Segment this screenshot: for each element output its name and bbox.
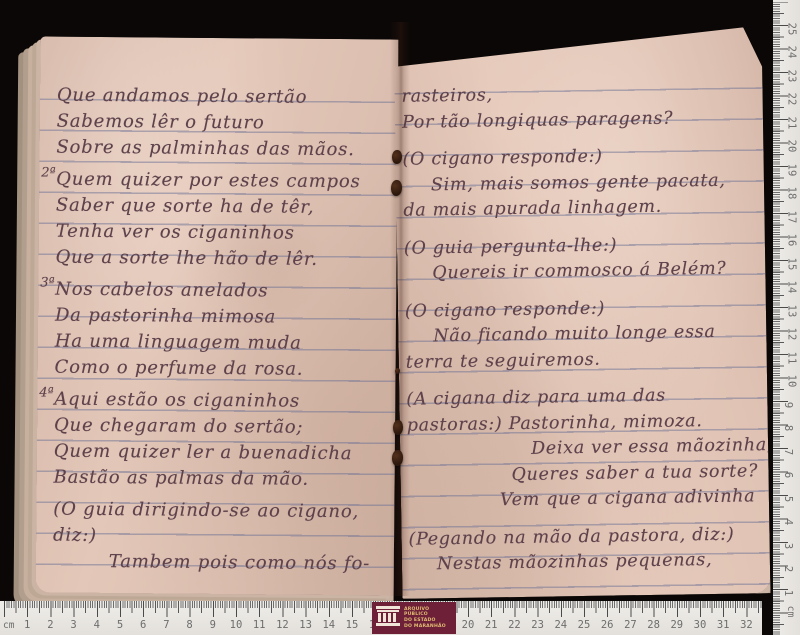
right-page: rasteiros,Por tão longiquas paragens?(O … (394, 27, 771, 599)
ruler-number: 30 (694, 619, 707, 631)
stanza-block: 4ªAqui estão os ciganinhosQue chegaram d… (53, 387, 371, 494)
stanza-block: (O guia dirigindo-se ao cigano,diz:)Tamb… (53, 497, 371, 578)
ruler-number: 6 (782, 472, 794, 478)
archive-logo-line: DO MARANHÃO (404, 624, 446, 630)
stanza-block: (O guia pergunta-lhe:)Quereis ir commosc… (404, 231, 771, 288)
archive-logo: ARQUIVOPÚBLICODO ESTADODO MARANHÃO (372, 602, 456, 634)
ruler-number: 11 (785, 351, 797, 364)
manuscript-line: Bastão as palmas da mão. (53, 465, 370, 494)
binding-stitch (393, 420, 403, 435)
manuscript-line: (O guia dirigindo-se ao cigano, (53, 497, 370, 526)
ruler-number: 1 (782, 589, 794, 595)
ruler-number: 25 (578, 619, 591, 631)
binding-stitch (392, 150, 402, 164)
notebook: Que andamos pelo sertãoSabemos lêr o fut… (8, 14, 768, 600)
manuscript-line: Quereis ir commosco á Belém? (404, 256, 770, 287)
ruler-number: 20 (462, 619, 475, 631)
manuscript-line: Por tão longiquas paragens? (402, 105, 768, 136)
left-page: Que andamos pelo sertãoSabemos lêr o fut… (36, 36, 399, 595)
stanza-block: (O cigano responde:)Sim, mais somos gent… (402, 142, 769, 224)
manuscript-line: Tambem pois como nós fo- (53, 549, 370, 578)
ruler-number: 21 (785, 116, 797, 129)
ruler-number: 31 (717, 619, 730, 631)
ruler-number: 10 (785, 375, 797, 388)
photo-canvas: Que andamos pelo sertãoSabemos lêr o fut… (0, 0, 800, 635)
ruler-number: 28 (647, 619, 660, 631)
ruler-number: 7 (782, 448, 794, 454)
ruler-number: 8 (186, 619, 192, 631)
stanza-marker: 4ª (39, 380, 54, 406)
ruler-number: 17 (785, 210, 797, 223)
manuscript-line: terra te seguiremos. (406, 345, 772, 376)
ruler-number: 7 (163, 619, 169, 631)
ruler-number: 26 (601, 619, 614, 631)
manuscript-line: Nos cabelos anelados (55, 277, 372, 306)
ruler-number: 15 (346, 619, 359, 631)
ruler-number: 10 (230, 619, 243, 631)
stanza-block: rasteiros,Por tão longiquas paragens? (401, 79, 768, 136)
manuscript-line: Aqui estão os ciganinhos (54, 387, 371, 416)
ruler-number: 32 (740, 619, 753, 631)
ruler-number: 27 (624, 619, 637, 631)
manuscript-line: Tenha ver os ciganinhos (56, 219, 373, 248)
stanza-block: (O cigano responde:)Não ficando muito lo… (405, 294, 772, 376)
ruler-number: 5 (117, 619, 123, 631)
archive-building-icon (375, 603, 401, 633)
ruler-number: 4 (94, 619, 100, 631)
archive-logo-text: ARQUIVOPÚBLICODO ESTADODO MARANHÃO (404, 607, 446, 629)
ruler-number: 20 (785, 140, 797, 153)
ruler-number: 8 (782, 425, 794, 431)
ruler-number: 15 (785, 257, 797, 270)
ruler-number: 12 (276, 619, 289, 631)
manuscript-line: Saber que sorte ha de têr, (56, 193, 373, 222)
stanza-marker: 2ª (41, 160, 56, 186)
ruler-number: 11 (253, 619, 266, 631)
ruler-number: 14 (785, 281, 797, 294)
stanza-block: (A cigana diz para uma daspastoras:) Pas… (406, 382, 774, 515)
ruler-number: 6 (140, 619, 146, 631)
ruler-number: 23 (785, 69, 797, 82)
left-page-text: Que andamos pelo sertãoSabemos lêr o fut… (53, 83, 374, 578)
ruler-number: 23 (531, 619, 544, 631)
manuscript-line: Que chegaram do sertão; (54, 413, 371, 442)
binding-stitch (392, 450, 403, 466)
ruler-number: 13 (785, 304, 797, 317)
ruler-number: 2 (47, 619, 53, 631)
manuscript-line: diz:) (53, 523, 370, 552)
ruler-number: 9 (782, 401, 794, 407)
right-ruler-unit-label: cm (785, 606, 796, 617)
ruler-number: 4 (782, 519, 794, 525)
ruler-number: 16 (785, 234, 797, 247)
manuscript-line: da mais apurada linhagem. (403, 193, 769, 224)
bottom-ruler-unit-label: cm (3, 620, 14, 631)
stanza-block: 2ªQuem quizer por estes camposSaber que … (55, 167, 373, 274)
ruler-number: 2 (782, 566, 794, 572)
manuscript-line: Que andamos pelo sertão (57, 83, 374, 112)
ruler-number: 22 (785, 93, 797, 106)
ruler-number: 29 (670, 619, 683, 631)
manuscript-line: Vem que a cigana adivinha (408, 484, 774, 515)
manuscript-line: Quem quizer ler a buenadicha (54, 439, 371, 468)
ruler-number: 9 (210, 619, 216, 631)
ruler-number: 22 (508, 619, 521, 631)
binding-stitch (395, 368, 400, 374)
ruler-number: 25 (785, 22, 797, 35)
manuscript-line: Sobre as palminhas das mãos. (56, 135, 373, 164)
stanza-block: (Pegando na mão da pastora, diz:)Nestas … (408, 522, 775, 579)
ruler-number: 1 (24, 619, 30, 631)
ruler-number: 24 (785, 46, 797, 59)
ruler-number: 3 (782, 542, 794, 548)
stanza-marker: 3ª (40, 270, 55, 296)
ruler-number: 12 (785, 328, 797, 341)
manuscript-line: Da pastorinha mimosa (55, 303, 372, 332)
ruler-number: 19 (785, 163, 797, 176)
gutter-shadow (390, 22, 410, 596)
manuscript-line: Sabemos lêr o futuro (57, 109, 374, 138)
ruler-number: 14 (322, 619, 335, 631)
ruler-number: 3 (70, 619, 76, 631)
stanza-block: Que andamos pelo sertãoSabemos lêr o fut… (56, 83, 374, 164)
manuscript-line: Como o perfume da rosa. (54, 355, 371, 384)
manuscript-line: Quem quizer por estes campos (56, 167, 373, 196)
stanza-block: 3ªNos cabelos aneladosDa pastorinha mimo… (54, 277, 372, 384)
ruler-number: 13 (299, 619, 312, 631)
ruler-number: 24 (554, 619, 567, 631)
ruler-number: 5 (782, 495, 794, 501)
binding-stitch (391, 180, 402, 196)
ruler-number: 21 (485, 619, 498, 631)
right-ruler: cm 1234567891011121314151617181920212223… (773, 0, 800, 635)
right-page-text: rasteiros,Por tão longiquas paragens?(O … (401, 79, 775, 578)
manuscript-line: Ha uma linguagem muda (55, 329, 372, 358)
ruler-number: 18 (785, 187, 797, 200)
manuscript-line: Que a sorte lhe hão de lêr. (55, 245, 372, 274)
